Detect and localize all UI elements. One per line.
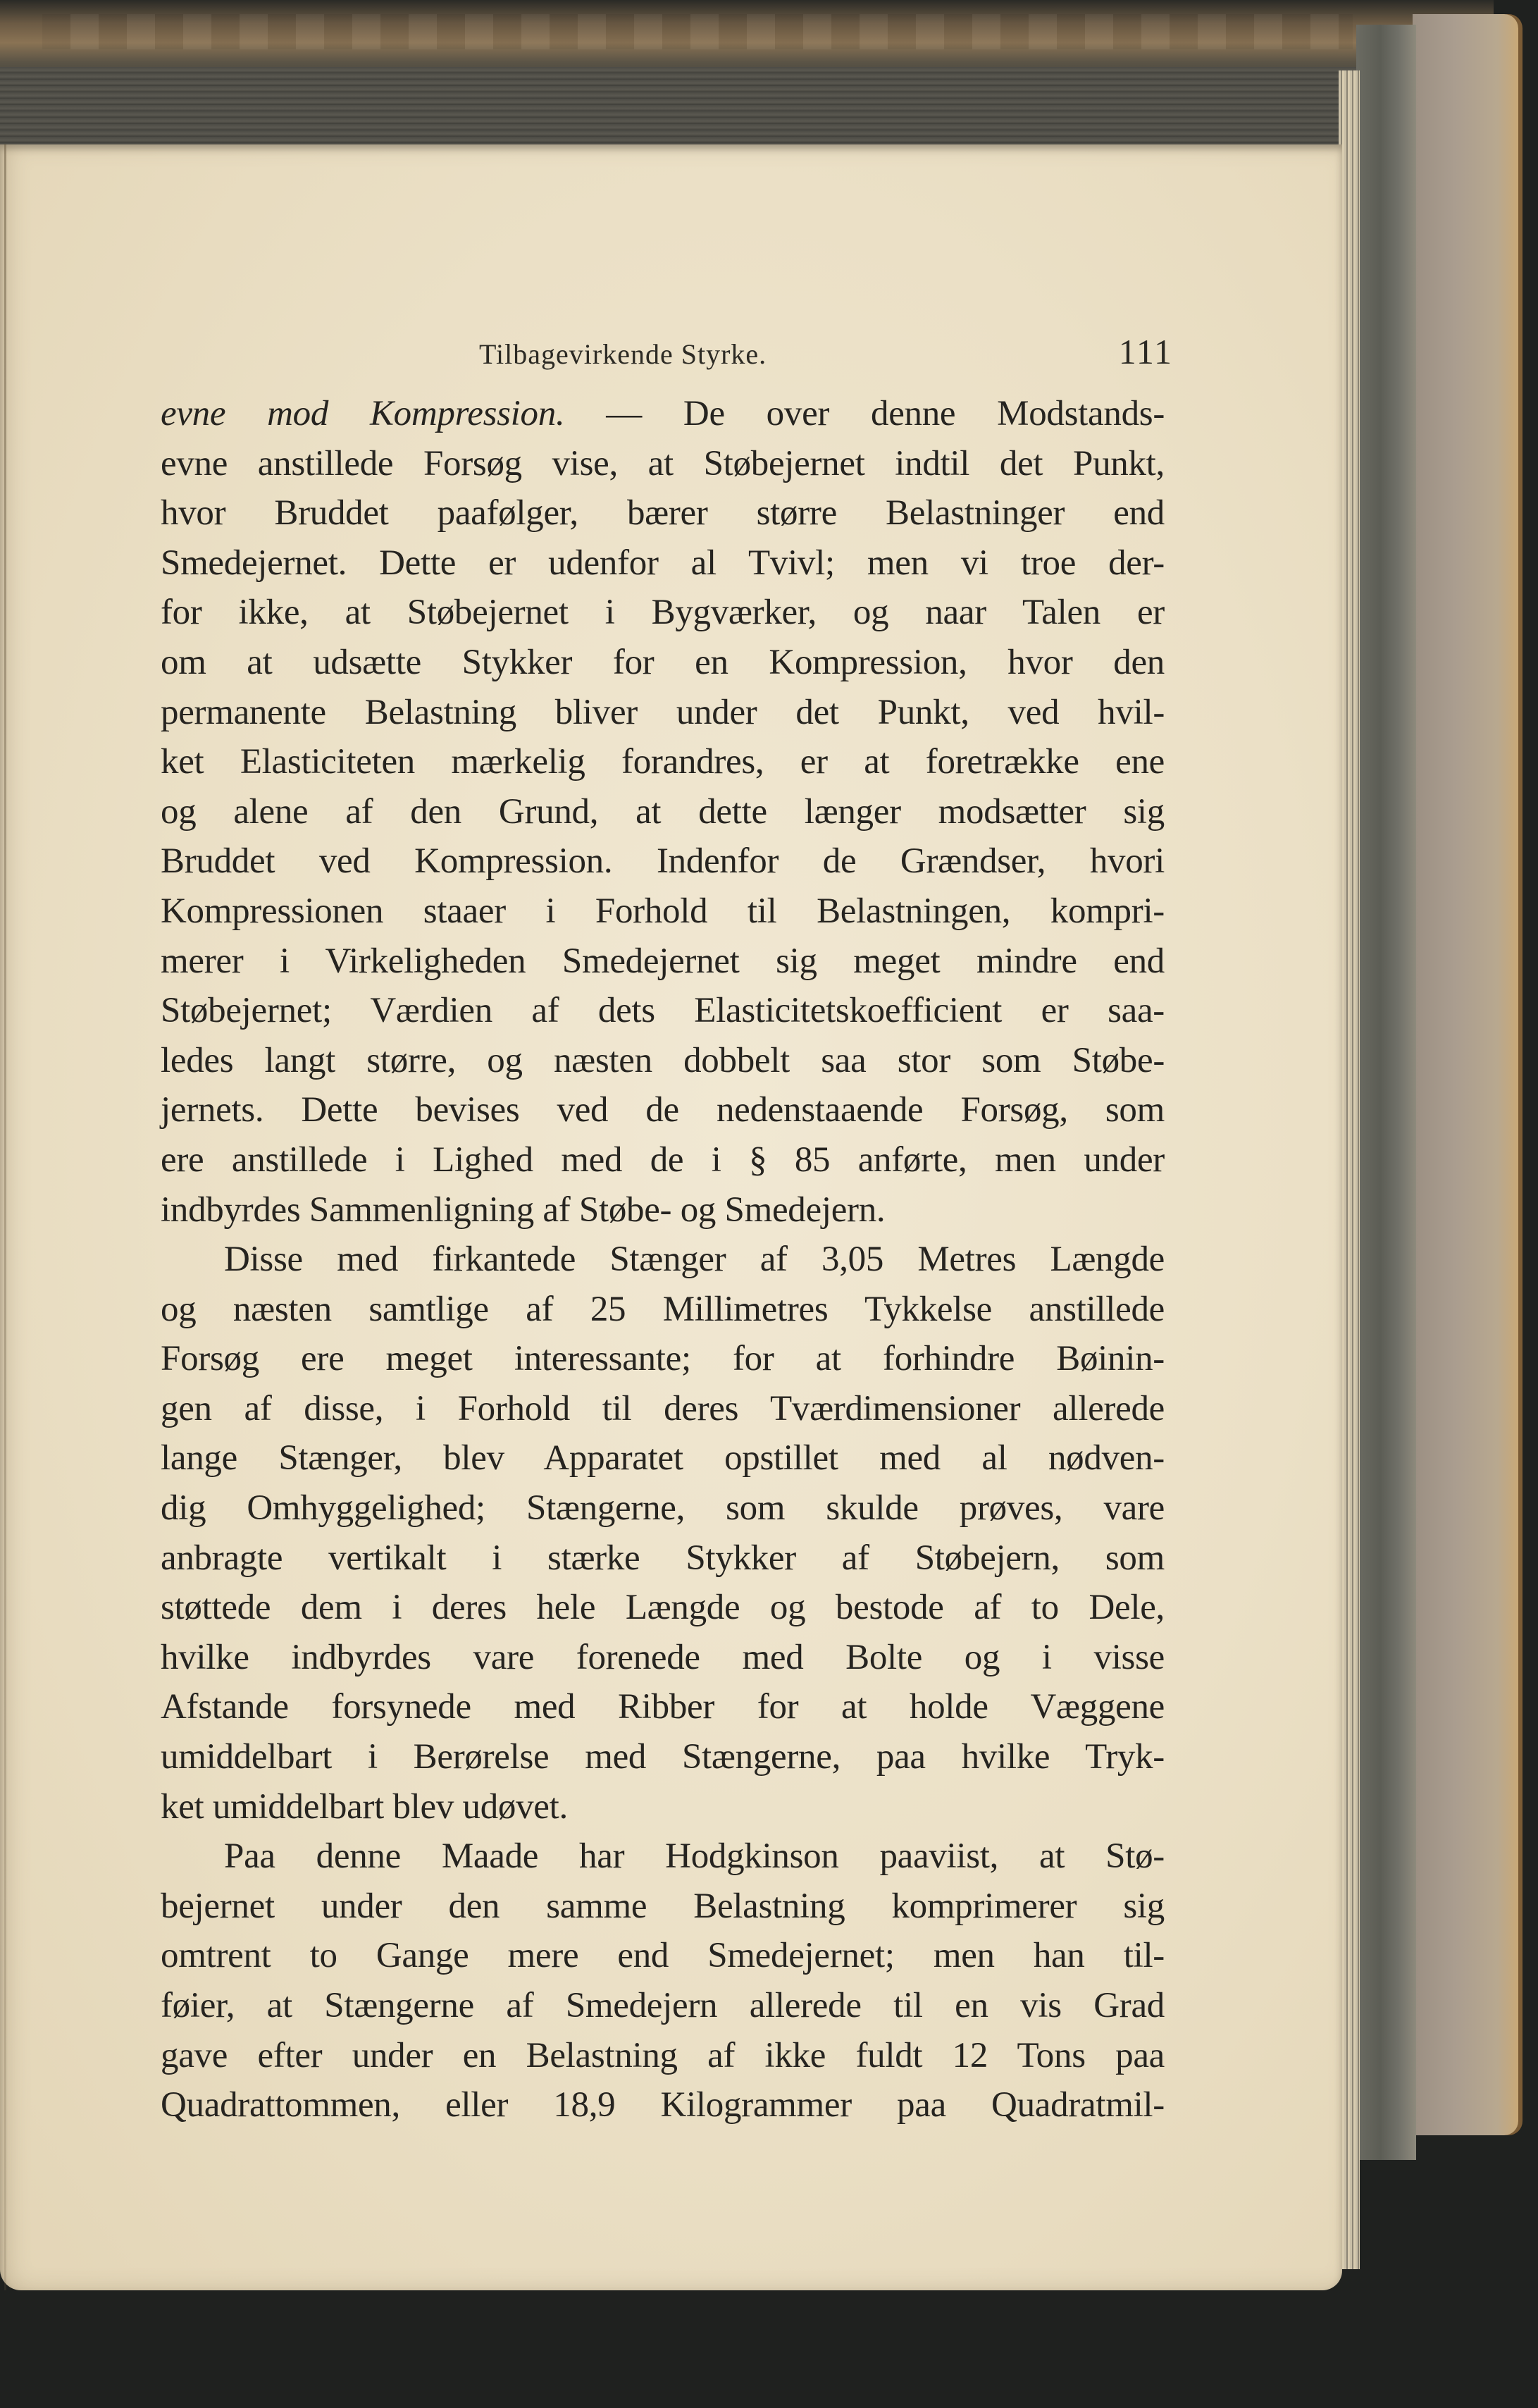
book-cover-right (1413, 14, 1518, 2135)
text-line: Støbejernet; Værdien af dets Elasticitet… (161, 986, 1165, 1036)
text-line: og næsten samtlige af 25 Millimetres Tyk… (161, 1285, 1165, 1335)
text-line: støttede dem i deres hele Længde og best… (161, 1583, 1165, 1633)
text-line: merer i Virkeligheden Smedejernet sig me… (161, 937, 1165, 987)
page-stack-right (1356, 25, 1416, 2160)
page-stack-top (0, 67, 1402, 148)
text-line: Smedejernet. Dette er udenfor al Tvivl; … (161, 538, 1165, 588)
paragraph: Disse med firkantede Stænger af 3,05 Met… (161, 1235, 1165, 1832)
body-text: evne mod Kompression. — De over denne Mo… (161, 389, 1165, 2130)
text-line: gen af disse, i Forhold til deres Tværdi… (161, 1384, 1165, 1434)
text-line: ket umiddelbart blev udøvet. (161, 1782, 1165, 1832)
running-head: Tilbagevirkende Styrke. 111 (479, 331, 1173, 373)
text-line: omtrent to Gange mere end Smedejernet; m… (161, 1931, 1165, 1981)
text-line: ledes langt større, og næsten dobbelt sa… (161, 1036, 1165, 1086)
text-line: dig Omhyggelighed; Stængerne, som skulde… (161, 1483, 1165, 1533)
text-line: hvor Bruddet paafølger, bærer større Bel… (161, 488, 1165, 538)
text-line: Bruddet ved Kompression. Indenfor de Græ… (161, 836, 1165, 887)
text-line: om at udsætte Stykker for en Kompression… (161, 638, 1165, 688)
text-line: gave efter under en Belastning af ikke f… (161, 2031, 1165, 2081)
text-line: umiddelbart i Berørelse med Stængerne, p… (161, 1732, 1165, 1782)
text-line: lange Stænger, blev Apparatet opstillet … (161, 1433, 1165, 1483)
paragraph: Paa denne Maade har Hodgkinson paaviist,… (161, 1832, 1165, 2130)
paragraph: evne mod Kompression. — De over denne Mo… (161, 389, 1165, 1235)
text-line: evne mod Kompression. — De over denne Mo… (161, 389, 1165, 439)
text-line: evne anstillede Forsøg vise, at Støbejer… (161, 439, 1165, 489)
text-line: indbyrdes Sammenligning af Støbe- og Sme… (161, 1185, 1165, 1235)
text-line: for ikke, at Støbejernet i Bygværker, og… (161, 588, 1165, 638)
text-line: Disse med firkantede Stænger af 3,05 Met… (161, 1235, 1165, 1285)
text-line: bejernet under den samme Belastning komp… (161, 1882, 1165, 1932)
text-line: Kompressionen staaer i Forhold til Belas… (161, 887, 1165, 937)
running-head-title: Tilbagevirkende Styrke. (479, 338, 767, 371)
italic-heading: evne mod Kompression. (161, 394, 564, 433)
text-line: og alene af den Grund, at dette længer m… (161, 787, 1165, 837)
page-number: 111 (1119, 331, 1173, 372)
text-line: Paa denne Maade har Hodgkinson paaviist,… (161, 1832, 1165, 1882)
text-line: Forsøg ere meget interessante; for at fo… (161, 1334, 1165, 1384)
text-line: Quadrattommen, eller 18,9 Kilogrammer pa… (161, 2080, 1165, 2130)
text-line: permanente Belastning bliver under det P… (161, 688, 1165, 738)
text-line: føier, at Stængerne af Smedejern allered… (161, 1981, 1165, 2031)
text-line: ket Elasticiteten mærkelig forandres, er… (161, 737, 1165, 787)
text-line: Afstande forsynede med Ribber for at hol… (161, 1682, 1165, 1732)
text-line: jernets. Dette bevises ved de nedenstaae… (161, 1085, 1165, 1135)
text-line: anbragte vertikalt i stærke Stykker af S… (161, 1533, 1165, 1583)
book-cover-top (0, 0, 1494, 78)
text-line: ere anstillede i Lighed med de i § 85 an… (161, 1135, 1165, 1185)
text-line: hvilke indbyrdes vare forenede med Bolte… (161, 1633, 1165, 1683)
gutter-shadow (4, 144, 6, 2290)
